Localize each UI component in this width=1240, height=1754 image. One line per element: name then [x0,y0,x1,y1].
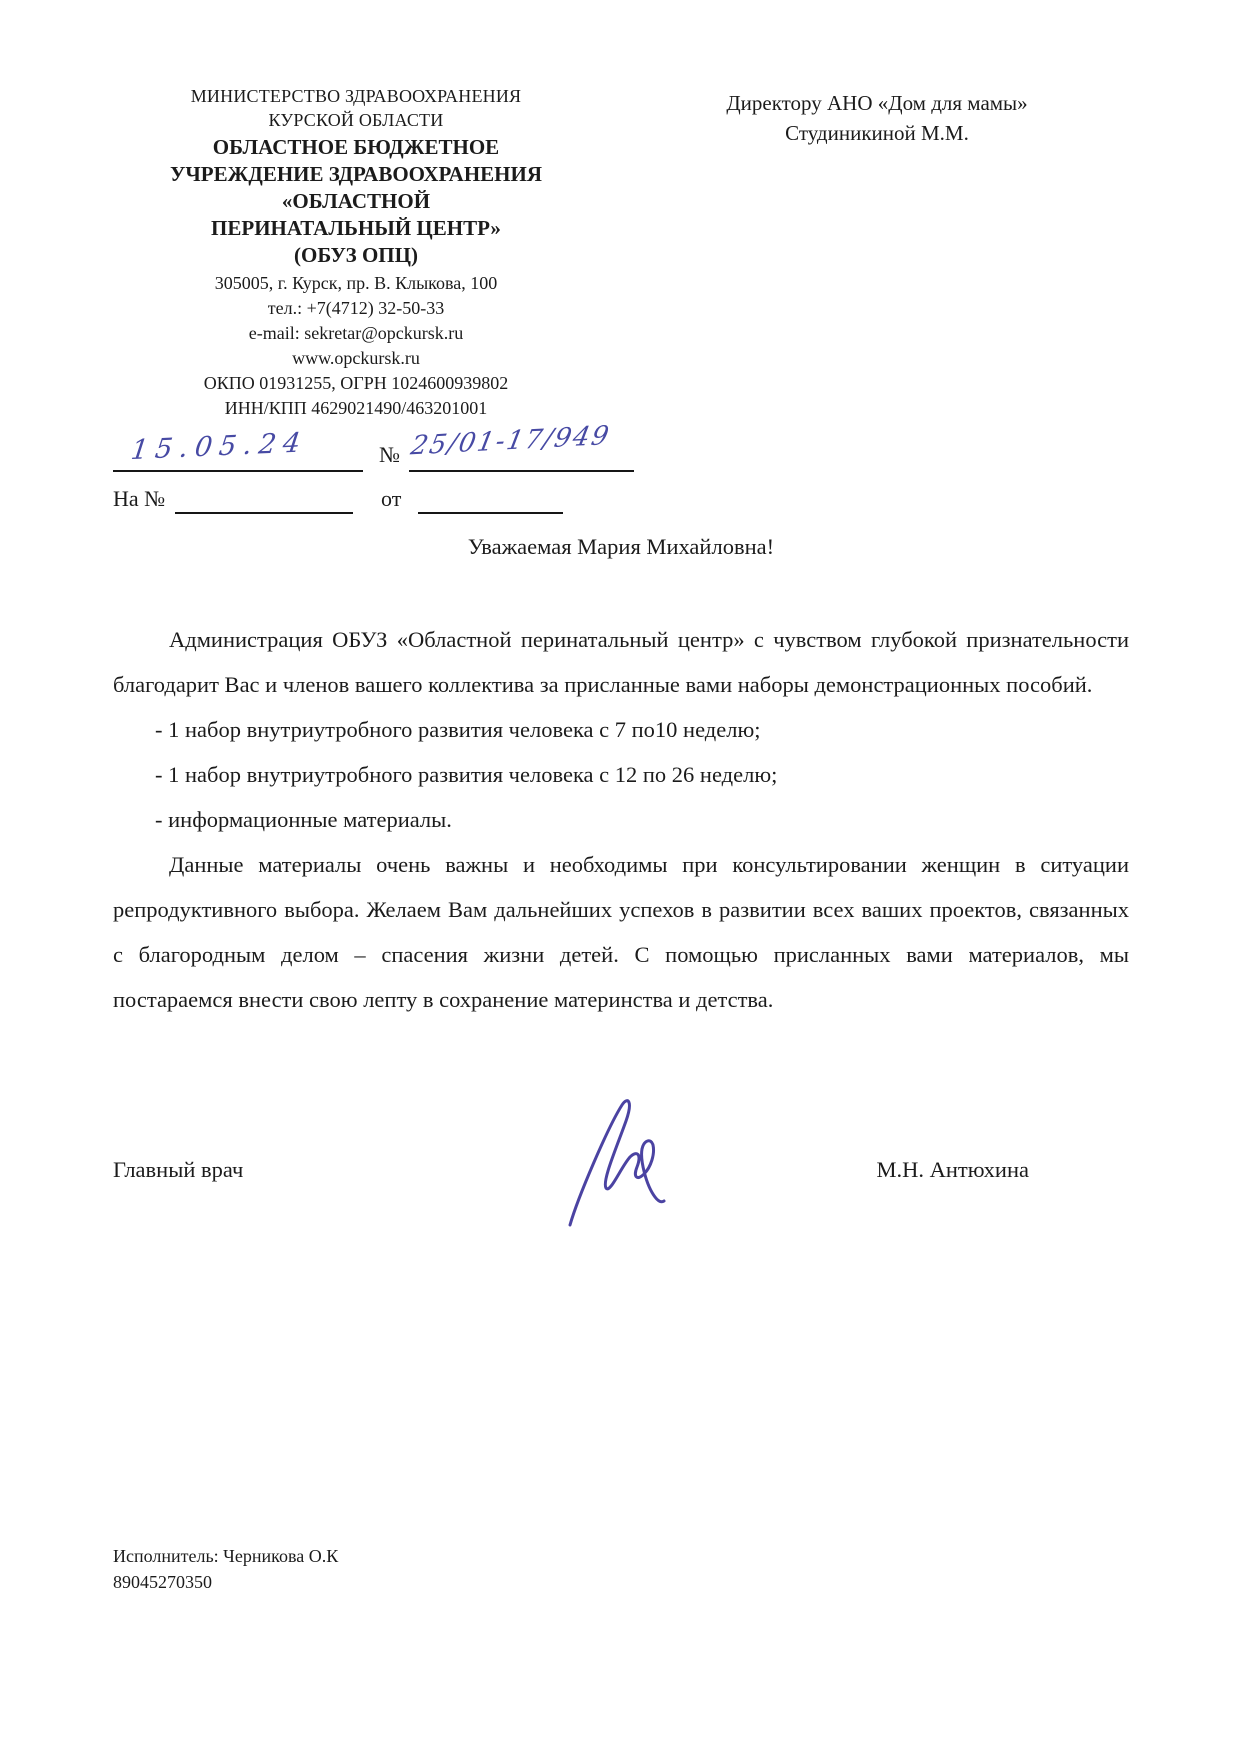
organization-name-line2: УЧРЕЖДЕНИЕ ЗДРАВООХРАНЕНИЯ [108,161,604,188]
body-paragraph-1: Администрация ОБУЗ «Областной перинаталь… [113,617,1129,707]
letterhead: МИНИСТЕРСТВО ЗДРАВООХРАНЕНИЯ КУРСКОЙ ОБЛ… [108,84,604,421]
scanned-letter-page: МИНИСТЕРСТВО ЗДРАВООХРАНЕНИЯ КУРСКОЙ ОБЛ… [0,0,1240,1754]
letter-date-handwritten: 15.05.24 [129,425,363,466]
reference-row: 15.05.24 № 25/01-17/949 [113,430,673,476]
number-underline [409,470,634,472]
donation-list-item-2: - 1 набор внутриутробного развития челов… [113,752,1129,797]
ministry-name-line2: КУРСКОЙ ОБЛАСТИ [108,108,604,132]
body-paragraph-2: Данные материалы очень важны и необходим… [113,842,1129,1022]
reply-number-label: На № [113,486,165,512]
addressee-name: Студиникиной М.М. [642,118,1112,148]
addressee-title: Директору АНО «Дом для мамы» [642,88,1112,118]
salutation: Уважаемая Мария Михайловна! [113,524,1129,569]
number-sign-label: № [379,442,400,468]
org-postal-address: 305005, г. Курск, пр. В. Клыкова, 100 [108,271,604,296]
reply-reference-row: На № от [113,486,673,520]
organization-name-line1: ОБЛАСТНОЕ БЮДЖЕТНОЕ [108,134,604,161]
donation-items-list: - 1 набор внутриутробного развития челов… [113,707,1129,842]
date-underline [113,470,363,472]
letter-number-handwritten: 25/01-17/949 [408,416,694,461]
org-website: www.opckursk.ru [108,346,604,371]
donation-list-item-1: - 1 набор внутриутробного развития челов… [113,707,1129,752]
executor-name: Исполнитель: Черникова О.К [113,1543,613,1569]
organization-name-line4: ПЕРИНАТАЛЬНЫЙ ЦЕНТР» [108,215,604,242]
addressee-block: Директору АНО «Дом для мамы» Студиникино… [642,88,1112,148]
donation-list-item-3: - информационные материалы. [113,797,1129,842]
reply-date-underline [418,512,563,514]
signature-row: Главный врач М.Н. Антюхина [113,1135,1129,1255]
executor-phone: 89045270350 [113,1569,613,1595]
org-inn-kpp: ИНН/КПП 4629021490/463201001 [108,396,604,421]
reply-number-underline [175,512,353,514]
signatory-position: Главный врач [113,1157,243,1183]
letter-body: Уважаемая Мария Михайловна! Администраци… [113,524,1129,1022]
organization-name-line3: «ОБЛАСТНОЙ [108,188,604,215]
reply-from-label: от [381,486,401,512]
executor-block: Исполнитель: Черникова О.К 89045270350 [113,1543,613,1595]
ministry-name-line1: МИНИСТЕРСТВО ЗДРАВООХРАНЕНИЯ [108,84,604,108]
org-phone: тел.: +7(4712) 32-50-33 [108,296,604,321]
signatory-name: М.Н. Антюхина [876,1157,1029,1183]
org-okpo-ogrn: ОКПО 01931255, ОГРН 1024600939802 [108,371,604,396]
org-email: e-mail: sekretar@opckursk.ru [108,321,604,346]
organization-abbreviation: (ОБУЗ ОПЦ) [108,242,604,269]
handwritten-signature-icon [558,1093,678,1239]
